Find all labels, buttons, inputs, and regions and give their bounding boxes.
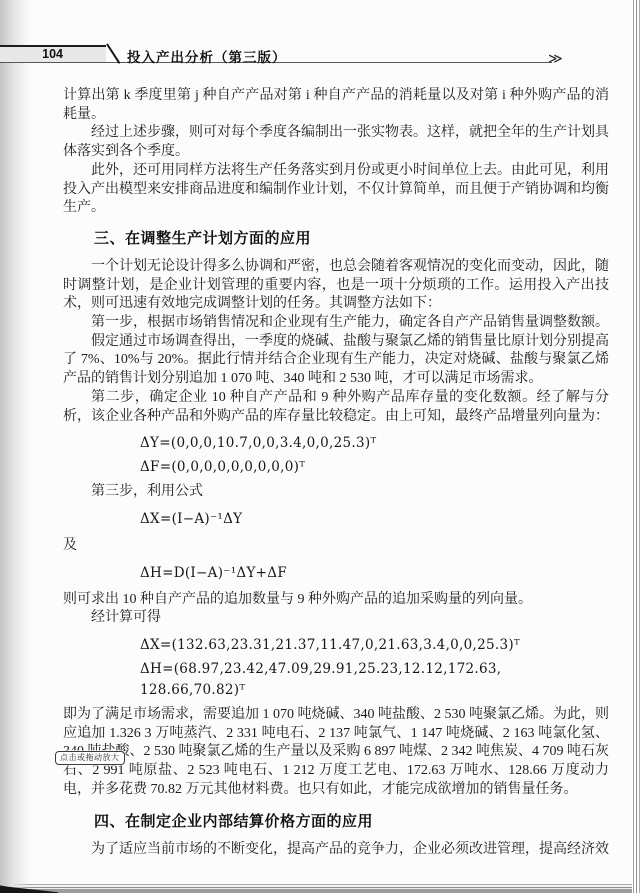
result-delta-x: ΔX=(132.63,23.31,21.37,11.47,0,21.63,3.4… [140,635,609,656]
paragraph: 经过上述步骤，则可对每个季度各编制出一张实物表。这样，就把全年的生产计划具体落实… [63,124,609,161]
paragraph: 第一步，根据市场销售情况和企业现有生产能力，确定各自产产品销售量调整数额。 [63,314,609,333]
paragraph: 此外，还可用同样方法将生产任务落实到月份或更小时间单位上去。由此可见，利用投入产… [63,162,609,218]
formula-group: ΔX=(132.63,23.31,21.37,11.47,0,21.63,3.4… [63,635,609,701]
result-delta-h: ΔH=(68.97,23.42,47.09,29.91,25.23,12.12,… [140,659,609,701]
paragraph: 一个计划无论设计得多么协调和严密，也总会随着客观情况的变化而变动，因此，随时调整… [63,258,609,314]
paragraph: 第三步，利用公式 [63,483,609,502]
book-page: 104 投入产出分析（第三版） ≫ 计算出第 k 季度里第 j 种自产产品对第 … [0,0,641,893]
paragraph: 则可求出 10 种自产产品的追加数量与 9 种外购产品的追加采购量的列向量。 [63,591,609,610]
page-number-tab: 104 [0,45,106,62]
header-diagonal-rule [106,43,120,63]
paragraph: 计算出第 k 季度里第 j 种自产产品对第 i 种自产产品的消耗量以及对第 i … [63,87,609,124]
page-bottom-edge [0,883,641,893]
paragraph: 经计算可得 [63,609,609,628]
formula-delta-x: ΔX=(I−A)⁻¹ΔY [140,509,609,530]
paragraph: 为了适应当前市场的不断变化，提高产品的竞争力，企业必须改进管理，提高经济效 [63,841,609,860]
paragraph: 及 [63,537,609,556]
formula-delta-f: ΔF=(0,0,0,0,0,0,0,0,0)ᵀ [140,457,609,478]
formula-group: ΔY=(0,0,0,10.7,0,0,3.4,0,0,25.3)ᵀ ΔF=(0,… [63,433,609,478]
page-number: 104 [42,47,63,61]
page-edge-lines [632,0,641,893]
formula-delta-y: ΔY=(0,0,0,10.7,0,0,3.4,0,0,25.3)ᵀ [140,433,609,454]
formula-delta-h: ΔH=D(I−A)⁻¹ΔY+ΔF [140,563,609,584]
paragraph: 即为了满足市场需求，需要追加 1 070 吨烧碱、340 吨盐酸、2 530 吨… [63,706,609,800]
paragraph: 假定通过市场调查得出，一季度的烧碱、盐酸与聚氯乙烯的销售量比原计划分别提高了 7… [63,333,609,389]
section-heading-3: 三、在调整生产计划方面的应用 [94,229,609,249]
section-heading-4: 四、在制定企业内部结算价格方面的应用 [94,812,609,832]
page-curl-shadow [0,0,30,893]
paragraph: 第二步，确定企业 10 种自产产品和 9 种外购产品库存量的变化数额。经了解与分… [63,389,609,426]
page-body: 计算出第 k 季度里第 j 种自产产品对第 i 种自产产品的消耗量以及对第 i … [63,87,609,859]
zoom-hint-badge[interactable]: 点击或拖动放大 [55,751,125,765]
book-title: 投入产出分析（第三版） [127,46,287,66]
chevron-right-icon: ≫ [548,51,563,67]
